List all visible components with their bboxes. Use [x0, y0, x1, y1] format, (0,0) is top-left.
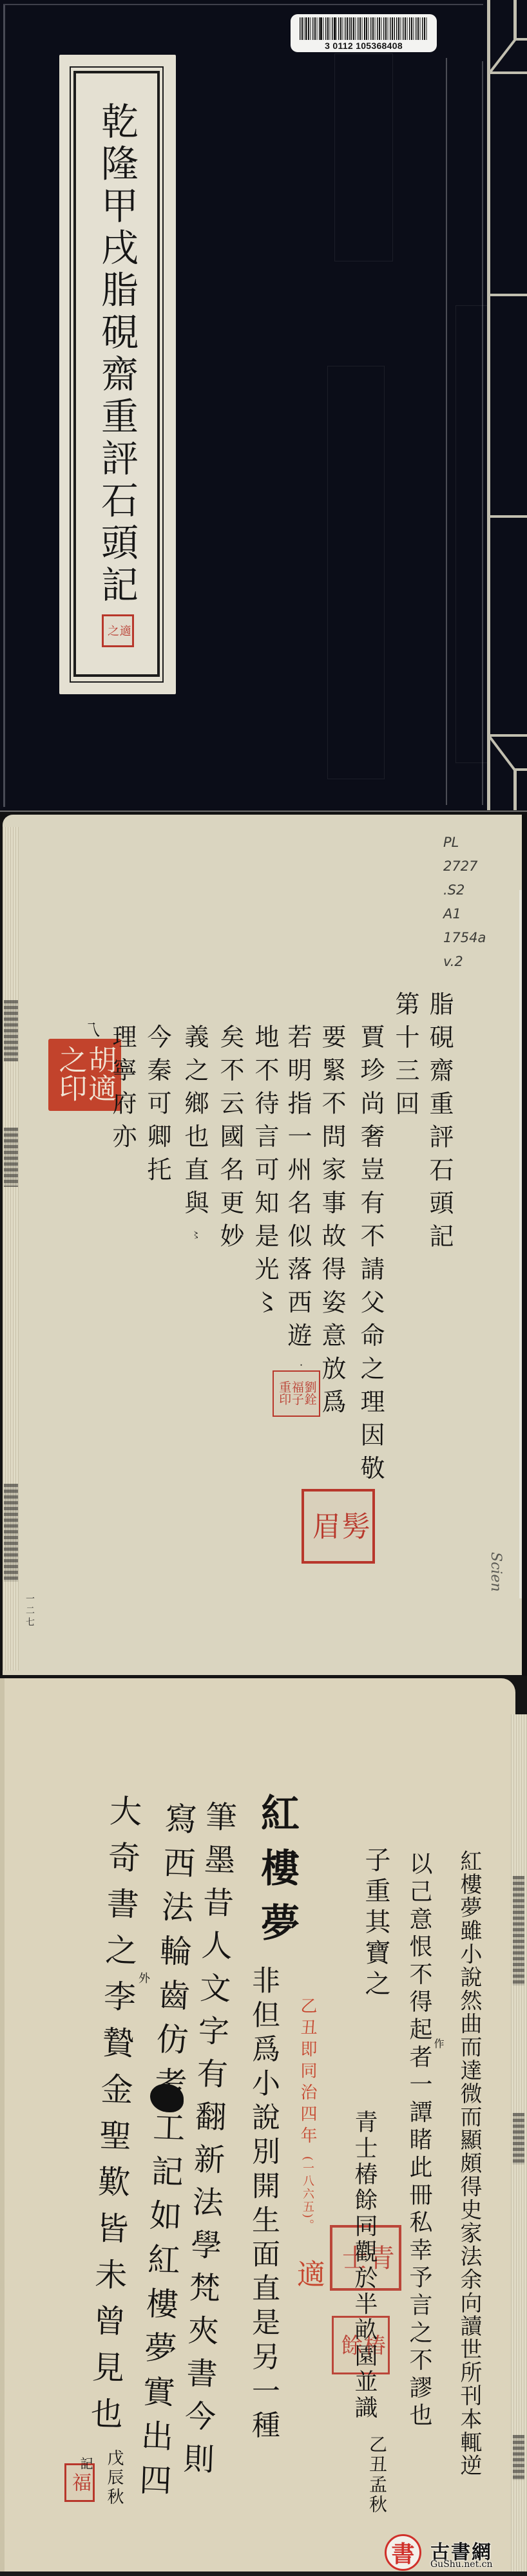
- binding-thread: [487, 71, 527, 74]
- seal-text: 劉銓福子重印: [277, 1381, 315, 1406]
- commentary-column: 今秦可卿托: [145, 1024, 169, 1190]
- book-cover: 乾隆甲戌脂硯齋重評石頭記 適之 3 0112 105368408: [0, 0, 527, 810]
- binding-thread-vertical: [487, 0, 490, 810]
- seal-large: 髣眉: [302, 1489, 375, 1564]
- seal-liu-quanfu: 劉銓福子重印: [273, 1370, 320, 1417]
- colophon-signature: 青士椿餘同觀於半畝園並識: [352, 2110, 376, 2421]
- repeat-mark: 〻: [191, 1230, 200, 1239]
- call-number-line: PL: [443, 831, 486, 855]
- cover-ghost-mark: [327, 366, 385, 779]
- commentary-page: PL 2727 .S2 A1 1754a v.2 脂硯齋重評石頭記 第十三回 賈…: [0, 813, 527, 1676]
- binding-thread: [513, 770, 517, 810]
- commentary-column: 義之鄉也直與: [182, 1024, 207, 1223]
- colophon-date: 乙丑孟秋: [368, 2435, 386, 2515]
- inserted-correction: 作: [433, 2038, 443, 2049]
- title-seal-text: 適之: [106, 625, 129, 638]
- binding-thread: [487, 294, 527, 296]
- facing-page-text-fragment: [513, 2435, 524, 2480]
- binding-thread: [487, 515, 527, 518]
- barcode-icon: [300, 17, 428, 40]
- colophon-date: 戊辰秋: [106, 2449, 122, 2507]
- page-separator: [0, 811, 527, 811]
- commentary-column: 要緊不問家事故得姿意放爲: [320, 1024, 344, 1422]
- seal-text: 胡適之印: [55, 1045, 115, 1104]
- call-number-line: .S2: [443, 878, 486, 902]
- facing-page-text-fragment: [513, 2113, 524, 2164]
- bottom-edge: [0, 2571, 527, 2576]
- watermark-url: GuShu.net.cn: [430, 2559, 493, 2570]
- call-number-line: v.2: [443, 950, 486, 974]
- facing-page-text-fragment: [4, 1128, 18, 1187]
- library-call-number: PL 2727 .S2 A1 1754a v.2: [443, 831, 486, 974]
- cover-board-edge: [482, 61, 483, 805]
- commentary-column: 賈珍尚奢豈有不請父命之理因敬: [358, 1024, 383, 1488]
- colophon-page: 青士 椿餘 紅樓夢雖小說然曲而達微而顯頗得史家法余向讀世所刊本輒逆 以己意恨不得…: [0, 1676, 527, 2576]
- call-number-line: 1754a: [443, 926, 486, 950]
- margin-mark: 乁: [82, 1021, 99, 1038]
- cover-top-edge: [3, 4, 483, 5]
- binding-thread-diagonal: [488, 736, 516, 772]
- commentary-column: 若明指一州名似落西遊: [285, 1024, 310, 1356]
- barcode-number: 3 0112 105368408: [291, 41, 437, 51]
- commentary-column: 矣不云國名更妙: [218, 1024, 242, 1256]
- facing-page-text-fragment: [4, 1000, 18, 1061]
- torn-edge: [519, 890, 522, 1598]
- binding-thread: [487, 734, 527, 737]
- call-number-line: 2727: [443, 855, 486, 878]
- calligraphy-column: 非但爲小說別開生面直是另一種: [249, 1965, 277, 2444]
- colophon-column: 子重其寶之: [363, 1846, 388, 2001]
- chapter-heading: 第十三回: [393, 991, 417, 1124]
- call-number-line: A1: [443, 902, 486, 926]
- colophon-column: 紅樓夢雖小說然曲而達微而顯頗得史家法余向讀世所刊本輒逆: [458, 1850, 480, 2477]
- binding-edge: [522, 813, 527, 1676]
- seal-text: 髣眉: [309, 1511, 368, 1541]
- red-annotation-signature: 適: [294, 2259, 322, 2287]
- binding-thread: [513, 0, 517, 40]
- logo-char: 書: [391, 2536, 414, 2569]
- commentary-column: 理寧府亦: [110, 1024, 135, 1157]
- seal-text: 福: [70, 2472, 90, 2493]
- red-annotation-year: (一八六五)。: [302, 2156, 313, 2232]
- colophon-date-suffix: 記: [79, 2457, 92, 2470]
- calligraphy-column-head: 紅樓夢: [258, 1793, 296, 1957]
- book-title-heading: 脂硯齋重評石頭記: [427, 991, 452, 1256]
- cover-ghost-mark: [334, 53, 393, 261]
- title-seal: 適之: [102, 614, 134, 647]
- page-left-edge: [0, 1678, 5, 2571]
- red-annotation: 乙丑即同治四年: [299, 1997, 316, 2148]
- library-barcode-label: 3 0112 105368408: [291, 14, 437, 52]
- commentary-column: 地不待言可知是光〻: [253, 1024, 277, 1323]
- cover-left-edge: [3, 5, 5, 807]
- facing-page-text-fragment: [513, 1876, 524, 1985]
- cover-crease: [446, 58, 447, 805]
- facing-page-text-fragment: [4, 1484, 18, 1582]
- book-title: 乾隆甲戌脂硯齋重評石頭記: [98, 102, 135, 607]
- gushu-logo-icon: 書: [385, 2534, 421, 2571]
- inserted-correction: 外: [137, 1972, 149, 1984]
- binding-thread-diagonal: [488, 38, 516, 73]
- colophon-column: 以己意恨不得起者一譚睹此冊私幸予言之不謬也: [407, 1851, 430, 2430]
- punctuation-dot: ·: [296, 1363, 306, 1367]
- pencil-note: Scien: [488, 1552, 504, 1592]
- page-number: 一二七: [25, 1594, 34, 1629]
